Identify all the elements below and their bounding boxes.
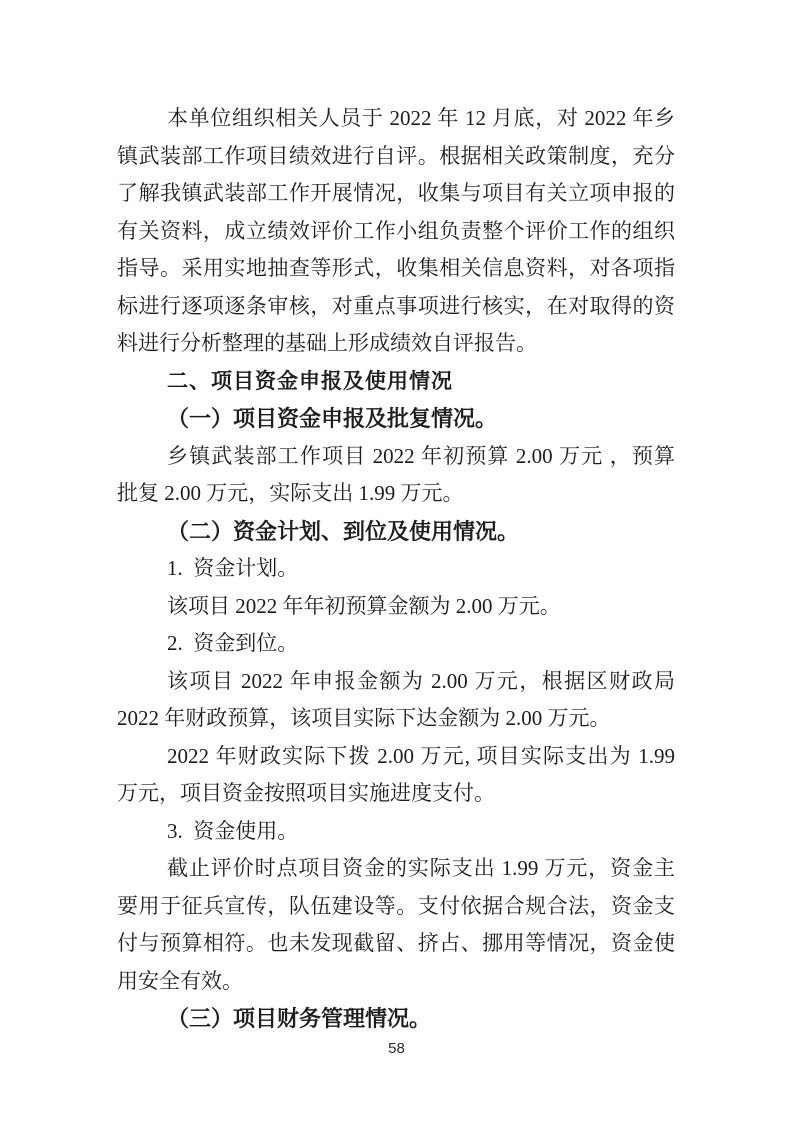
text-line: 了解我镇武装部工作开展情况，收集与项目有关立项申报的 [117,175,675,213]
item-heading-fund-arrival: 2. 资金到位。 [117,625,675,663]
text-line: 镇武装部工作项目绩效进行自评。根据相关政策制度，充分 [117,138,675,176]
subsection-heading-plan-usage: （二）资金计划、到位及使用情况。 [117,513,675,551]
document-page: 本单位组织相关人员于 2022 年 12 月底，对 2022 年乡镇武装部工作项… [0,0,793,1122]
paragraph-fund-usage: 截止评价时点项目资金的实际支出 1.99 万元，资金主要用于征兵宣传，队伍建设等… [117,850,675,1000]
text-line: 料进行分析整理的基础上形成绩效自评报告。 [117,325,675,363]
text-line: 本单位组织相关人员于 2022 年 12 月底，对 2022 年乡 [117,100,675,138]
text-line: 截止评价时点项目资金的实际支出 1.99 万元，资金主 [117,850,675,888]
text-line: 万元，项目资金按照项目实施进度支付。 [117,775,675,813]
text-line: 乡镇武装部工作项目 2022 年初预算 2.00 万元 ，预算 [117,438,675,476]
item-heading-fund-plan: 1. 资金计划。 [117,550,675,588]
text-line: 2022 年财政实际下拨 2.00 万元, 项目实际支出为 1.99 [117,738,675,776]
text-line: 有关资料，成立绩效评价工作小组负责整个评价工作的组织 [117,213,675,251]
text-line: 指导。采用实地抽查等形式，收集相关信息资料，对各项指 [117,250,675,288]
subsection-heading-declaration: （一）项目资金申报及批复情况。 [117,400,675,438]
text-line: 2022 年财政预算，该项目实际下达金额为 2.00 万元。 [117,700,675,738]
text-line: 该项目 2022 年申报金额为 2.00 万元，根据区财政局 [117,663,675,701]
text-line: 标进行逐项逐条审核，对重点事项进行核实，在对取得的资 [117,288,675,326]
text-line: 要用于征兵宣传，队伍建设等。支付依据合规合法，资金支 [117,888,675,926]
intro-paragraph: 本单位组织相关人员于 2022 年 12 月底，对 2022 年乡镇武装部工作项… [117,100,675,363]
paragraph-fund-plan: 该项目 2022 年年初预算金额为 2.00 万元。 [117,588,675,626]
text-line: 用安全有效。 [117,963,675,1001]
document-body: 本单位组织相关人员于 2022 年 12 月底，对 2022 年乡镇武装部工作项… [117,100,675,1038]
text-line: 付与预算相符。也未发现截留、挤占、挪用等情况，资金使 [117,925,675,963]
page-number: 58 [0,1040,793,1057]
text-line: （一）项目资金申报及批复情况。 [117,400,675,438]
paragraph-budget-overview: 乡镇武装部工作项目 2022 年初预算 2.00 万元 ，预算批复 2.00 万… [117,438,675,513]
section-heading-funds: 二、项目资金申报及使用情况 [117,363,675,401]
paragraph-fund-arrival: 该项目 2022 年申报金额为 2.00 万元，根据区财政局2022 年财政预算… [117,663,675,738]
item-heading-fund-usage: 3. 资金使用。 [117,813,675,851]
subsection-heading-financial-management: （三）项目财务管理情况。 [117,1000,675,1038]
text-line: 二、项目资金申报及使用情况 [117,363,675,401]
text-line: （三）项目财务管理情况。 [117,1000,675,1038]
text-line: 1. 资金计划。 [117,550,675,588]
text-line: 3. 资金使用。 [117,813,675,851]
text-line: 该项目 2022 年年初预算金额为 2.00 万元。 [117,588,675,626]
text-line: 批复 2.00 万元，实际支出 1.99 万元。 [117,475,675,513]
text-line: 2. 资金到位。 [117,625,675,663]
text-line: （二）资金计划、到位及使用情况。 [117,513,675,551]
paragraph-fund-disbursement: 2022 年财政实际下拨 2.00 万元, 项目实际支出为 1.99万元，项目资… [117,738,675,813]
